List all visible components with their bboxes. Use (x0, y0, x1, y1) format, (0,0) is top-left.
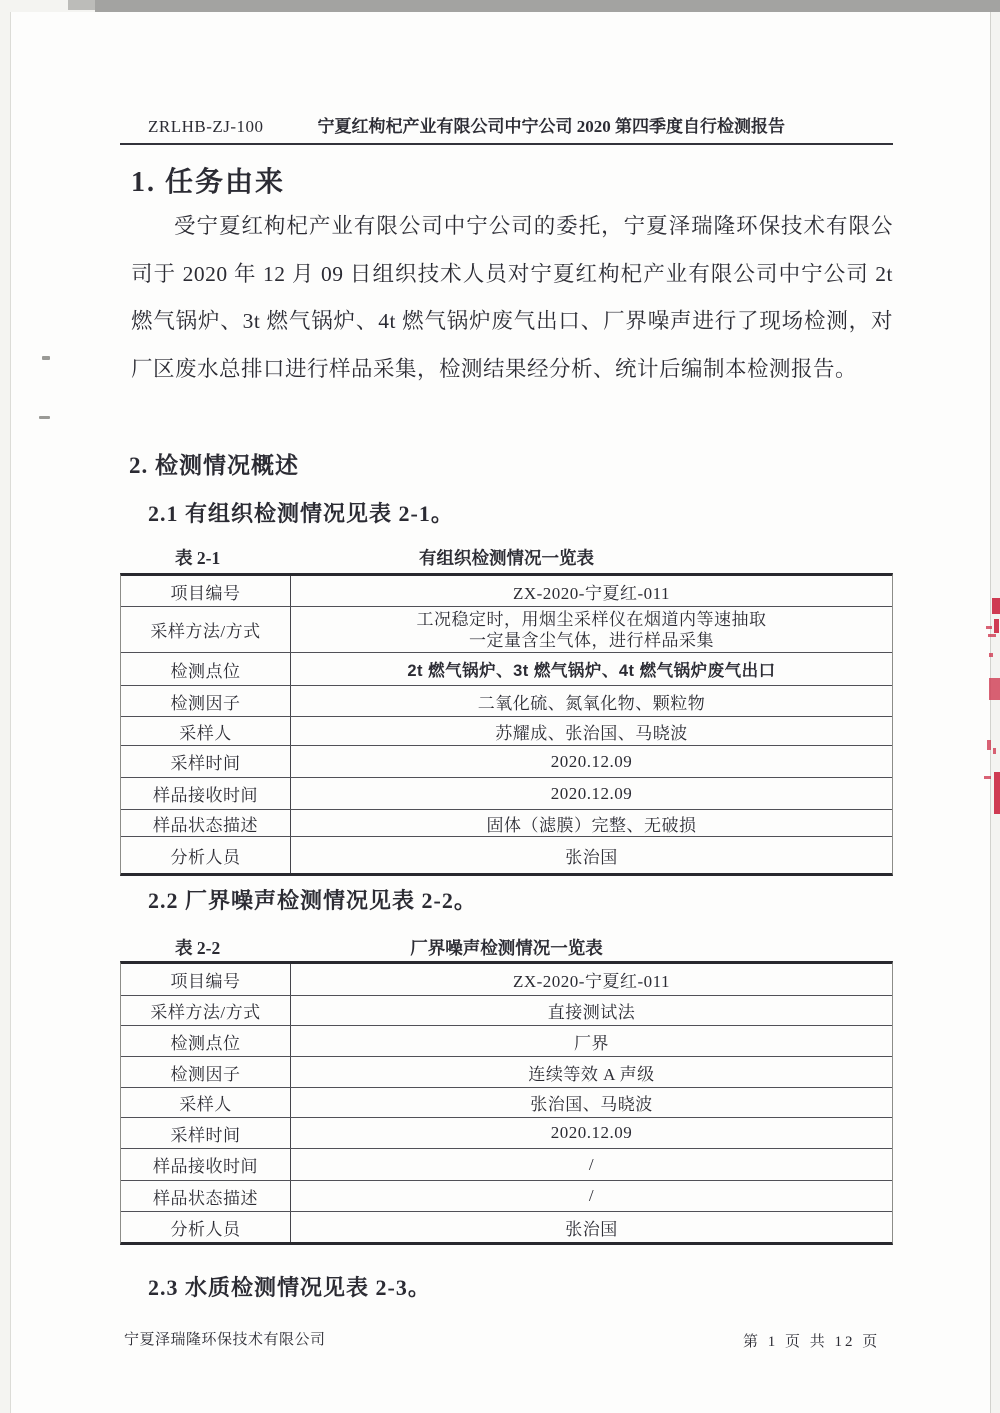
row-value-line: 一定量含尘气体，进行样品采集 (469, 630, 714, 651)
table-row: 采样方法/方式 直接测试法 (121, 995, 892, 1025)
row-value: 直接测试法 (291, 996, 892, 1025)
stamp-fragment (988, 634, 996, 637)
section-2-1-heading: 2.1 有组织检测情况见表 2-1。 (148, 497, 454, 528)
scan-edge-strip (95, 0, 1000, 12)
row-value: 张治国、马晓波 (291, 1088, 892, 1117)
table-2-2-caption: 表 2-2 厂界噪声检测情况一览表 (120, 935, 893, 960)
row-label: 采样方法/方式 (121, 607, 291, 652)
table-row: 分析人员 张治国 (121, 836, 892, 873)
row-value: 二氧化硫、氮氧化物、颗粒物 (291, 686, 892, 716)
row-value: 张治国 (291, 837, 892, 873)
stamp-fragment (994, 619, 999, 633)
table-2-1-label: 表 2-1 (175, 545, 220, 570)
table-row: 检测因子 二氧化硫、氮氧化物、颗粒物 (121, 685, 892, 716)
table-row: 检测因子 连续等效 A 声级 (121, 1056, 892, 1087)
row-value: ZX-2020-宁夏红-011 (291, 576, 892, 606)
stamp-fragment (992, 598, 1000, 614)
table-2-2-label: 表 2-2 (175, 935, 220, 960)
section-2-3-heading: 2.3 水质检测情况见表 2-3。 (148, 1271, 431, 1302)
row-value: 厂界 (291, 1026, 892, 1056)
scan-artifact (39, 416, 50, 419)
row-label: 检测点位 (121, 653, 291, 685)
task-origin-paragraph: 受宁夏红枸杞产业有限公司中宁公司的委托，宁夏泽瑞隆环保技术有限公司于 2020 … (131, 203, 893, 393)
table-row: 采样时间 2020.12.09 (121, 745, 892, 777)
table-row: 样品接收时间 2020.12.09 (121, 777, 892, 809)
row-label: 检测点位 (121, 1026, 291, 1056)
row-label: 检测因子 (121, 686, 291, 716)
table-row: 采样时间 2020.12.09 (121, 1117, 892, 1148)
footer-page-number: 第 1 页 共 12 页 (743, 1330, 880, 1351)
footer-company: 宁夏泽瑞隆环保技术有限公司 (124, 1328, 326, 1349)
stamp-fragment (989, 678, 1000, 700)
row-value: 张治国 (291, 1212, 892, 1242)
table-row: 样品状态描述 固体（滤膜）完整、无破损 (121, 809, 892, 836)
row-value: 工况稳定时，用烟尘采样仪在烟道内等速抽取 一定量含尘气体，进行样品采集 (291, 607, 892, 652)
table-row: 项目编号 ZX-2020-宁夏红-011 (121, 964, 892, 995)
table-2-1-title: 有组织检测情况一览表 (419, 548, 594, 568)
row-label: 样品接收时间 (121, 778, 291, 809)
scanned-report-page: { "header": { "doc_code": "ZRLHB-ZJ-100"… (0, 0, 1000, 1413)
doc-code: ZRLHB-ZJ-100 (148, 117, 264, 136)
row-label: 分析人员 (121, 1212, 291, 1242)
row-value: 连续等效 A 声级 (291, 1057, 892, 1087)
stamp-fragment (989, 653, 993, 657)
doc-title: 宁夏红枸杞产业有限公司中宁公司 2020 第四季度自行检测报告 (318, 117, 786, 136)
scan-artifact (42, 356, 50, 360)
stamp-fragment (994, 772, 1000, 814)
row-label: 样品接收时间 (121, 1149, 291, 1180)
row-label: 采样方法/方式 (121, 996, 291, 1025)
table-2-2: 项目编号 ZX-2020-宁夏红-011 采样方法/方式 直接测试法 检测点位 … (120, 961, 893, 1245)
table-row: 样品接收时间 / (121, 1148, 892, 1180)
table-2-2-title: 厂界噪声检测情况一览表 (410, 938, 603, 958)
table-row: 检测点位 2t 燃气锅炉、3t 燃气锅炉、4t 燃气锅炉废气出口 (121, 652, 892, 685)
section-2-heading: 2. 检测情况概述 (129, 447, 299, 480)
row-value: 2020.12.09 (291, 746, 892, 777)
row-label: 采样时间 (121, 746, 291, 777)
row-label: 检测因子 (121, 1057, 291, 1087)
row-value: 苏耀成、张治国、马晓波 (291, 717, 892, 745)
section-1-heading: 1. 任务由来 (131, 160, 285, 200)
row-label: 样品状态描述 (121, 810, 291, 836)
stamp-fragment (986, 626, 992, 629)
row-label: 项目编号 (121, 576, 291, 606)
row-value: 2020.12.09 (291, 778, 892, 809)
stamp-fragment (987, 740, 991, 750)
row-value-line: 工况稳定时，用烟尘采样仪在烟道内等速抽取 (417, 609, 767, 630)
table-2-1-caption: 表 2-1 有组织检测情况一览表 (120, 545, 893, 570)
table-row: 采样人 张治国、马晓波 (121, 1087, 892, 1117)
row-value: 2020.12.09 (291, 1118, 892, 1148)
stamp-fragment (984, 776, 991, 779)
table-row: 采样方法/方式 工况稳定时，用烟尘采样仪在烟道内等速抽取 一定量含尘气体，进行样… (121, 606, 892, 652)
row-value: 2t 燃气锅炉、3t 燃气锅炉、4t 燃气锅炉废气出口 (291, 653, 892, 685)
row-label: 样品状态描述 (121, 1181, 291, 1211)
document-header: ZRLHB-ZJ-100宁夏红枸杞产业有限公司中宁公司 2020 第四季度自行检… (120, 112, 893, 145)
table-2-1: 项目编号 ZX-2020-宁夏红-011 采样方法/方式 工况稳定时，用烟尘采样… (120, 573, 893, 876)
stamp-fragment (993, 748, 996, 754)
row-label: 采样时间 (121, 1118, 291, 1148)
row-value: / (291, 1149, 892, 1180)
table-row: 采样人 苏耀成、张治国、马晓波 (121, 716, 892, 745)
row-label: 采样人 (121, 717, 291, 745)
section-2-2-heading: 2.2 厂界噪声检测情况见表 2-2。 (148, 884, 477, 915)
table-row: 样品状态描述 / (121, 1180, 892, 1211)
row-value: 固体（滤膜）完整、无破损 (291, 810, 892, 836)
row-label: 分析人员 (121, 837, 291, 873)
row-value: / (291, 1181, 892, 1211)
table-row: 项目编号 ZX-2020-宁夏红-011 (121, 576, 892, 606)
row-label: 项目编号 (121, 964, 291, 995)
row-value: ZX-2020-宁夏红-011 (291, 964, 892, 995)
table-row: 检测点位 厂界 (121, 1025, 892, 1056)
row-label: 采样人 (121, 1088, 291, 1117)
scan-edge-strip-corner (68, 0, 95, 10)
table-row: 分析人员 张治国 (121, 1211, 892, 1242)
